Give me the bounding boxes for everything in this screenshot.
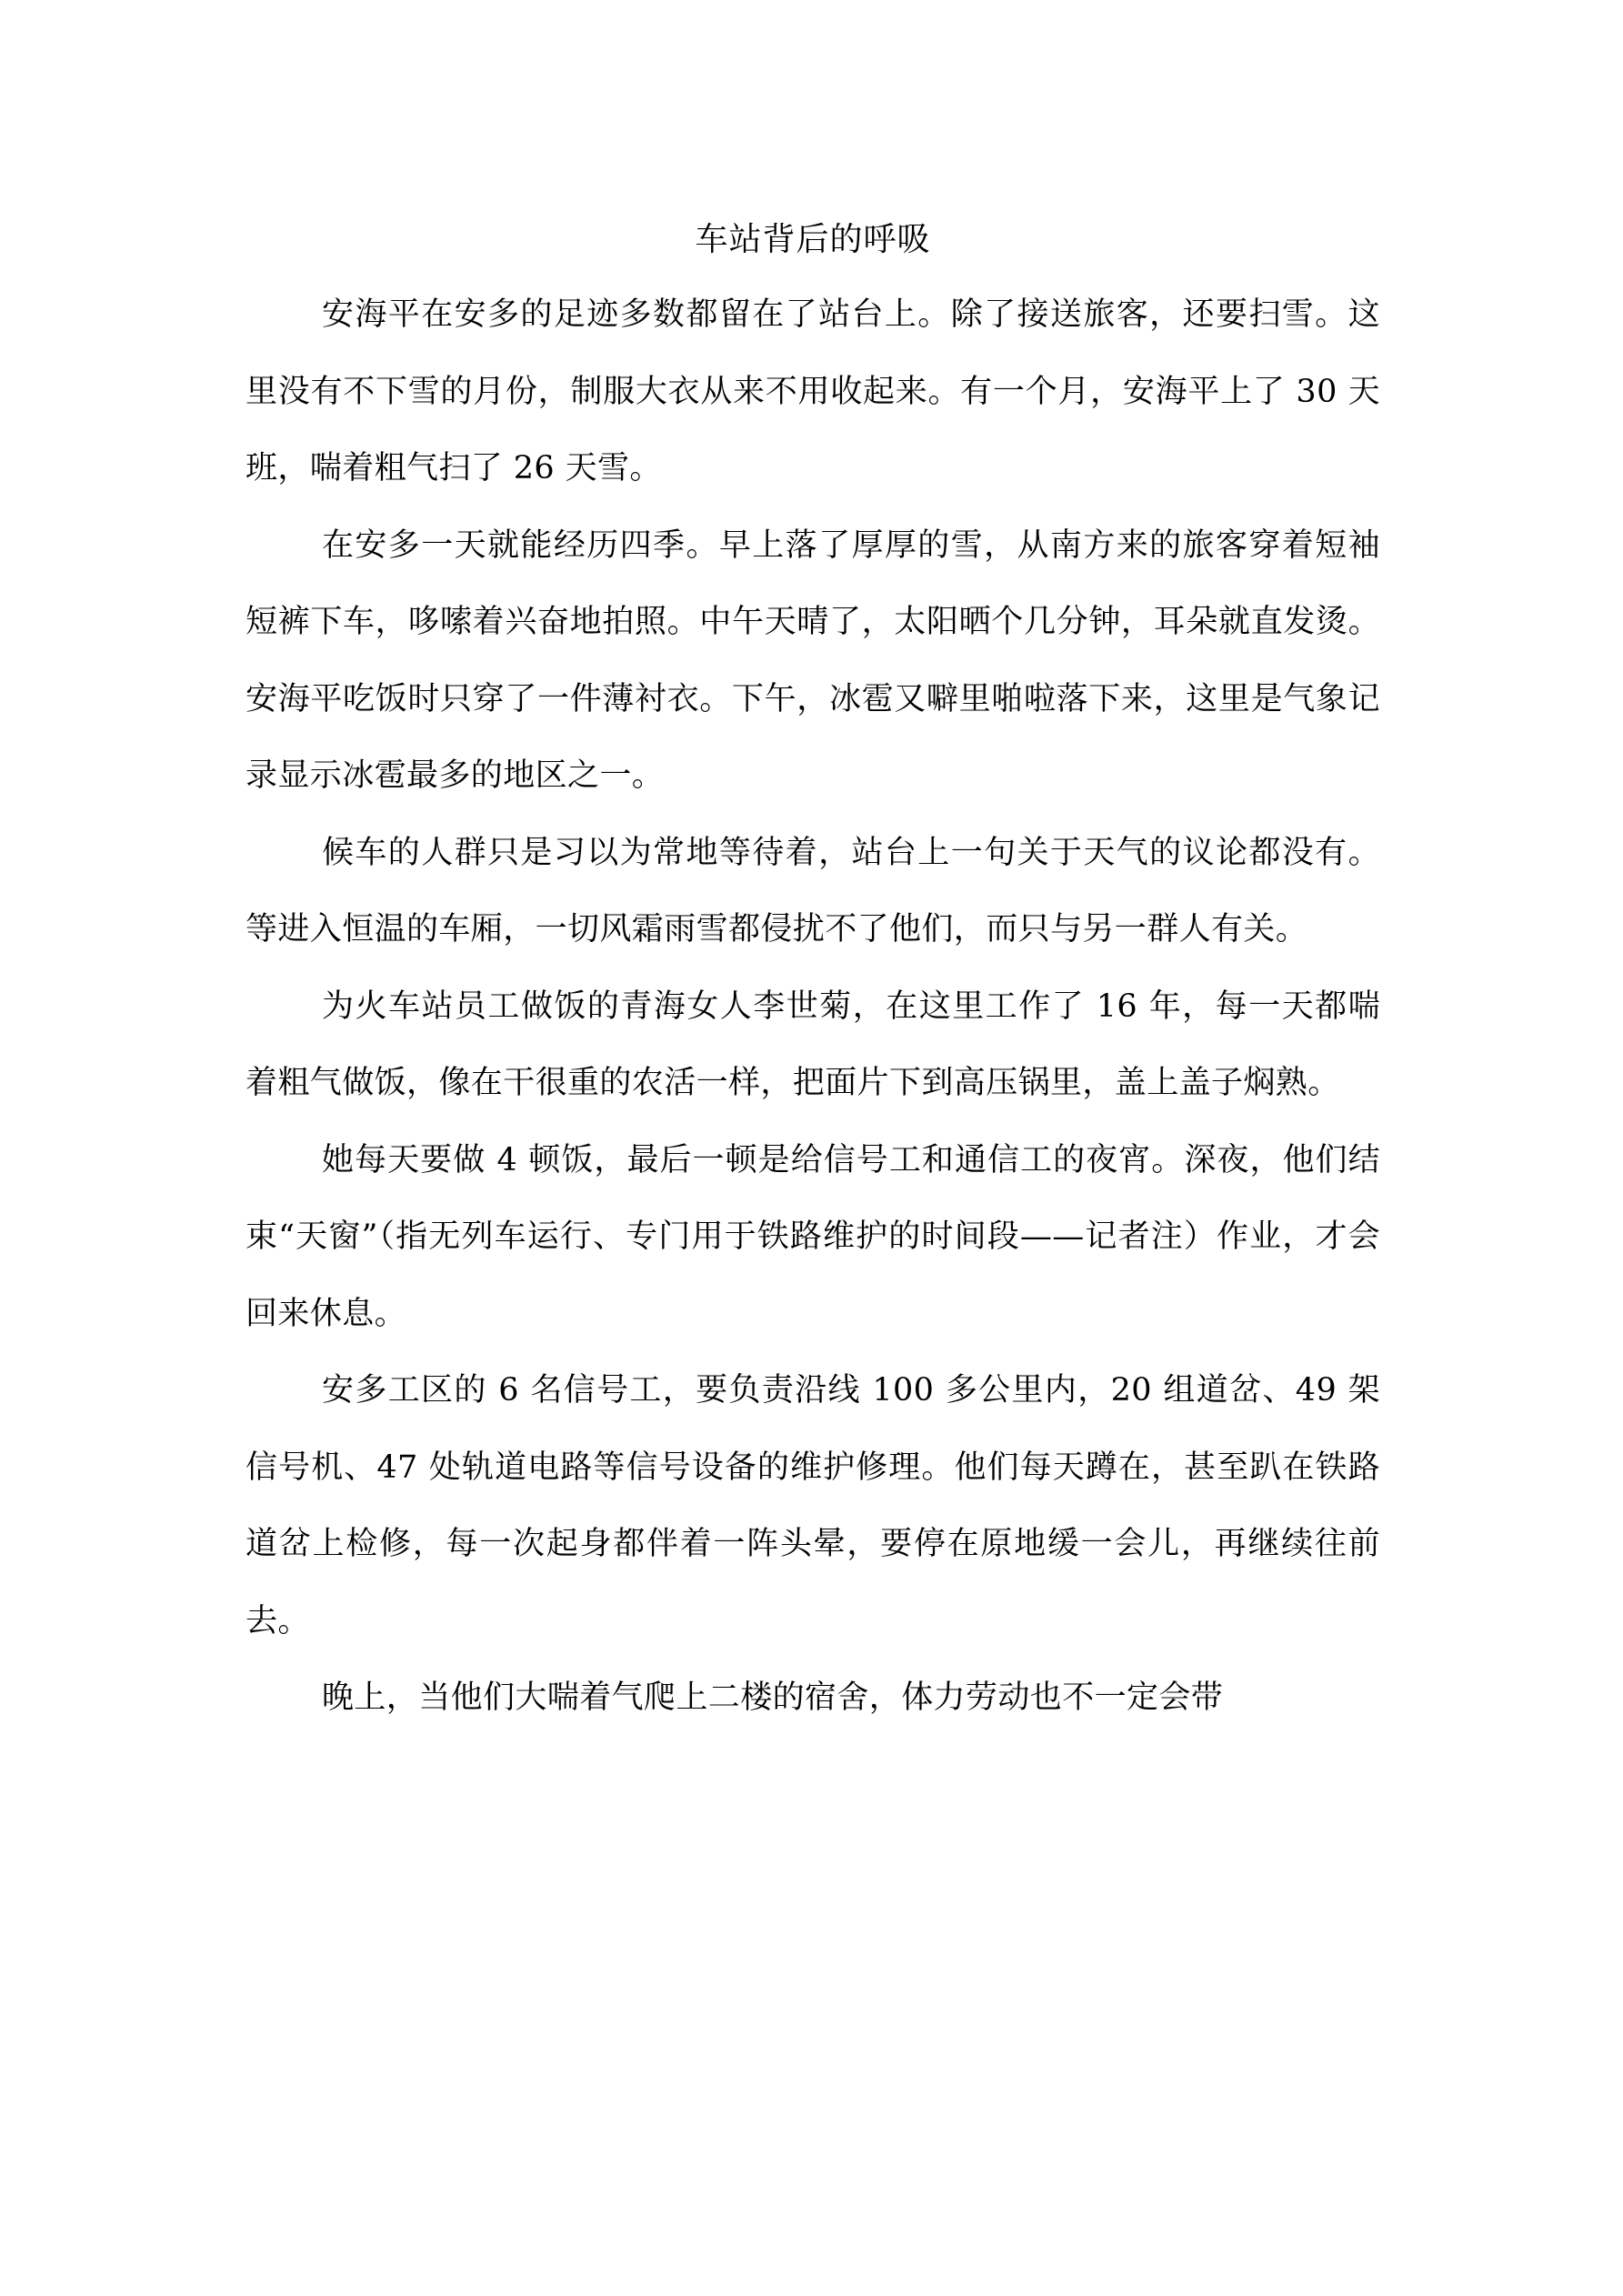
paragraph: 她每天要做 4 顿饭，最后一顿是给信号工和通信工的夜宵。深夜，他们结束“天窗”（… bbox=[245, 1122, 1380, 1353]
paragraph: 为火车站员工做饭的青海女人李世菊，在这里工作了 16 年，每一天都喘着粗气做饭，… bbox=[245, 968, 1380, 1122]
paragraph: 安多工区的 6 名信号工，要负责沿线 100 多公里内，20 组道岔、49 架信… bbox=[245, 1352, 1380, 1659]
paragraph: 安海平在安多的足迹多数都留在了站台上。除了接送旅客，还要扫雪。这里没有不下雪的月… bbox=[245, 276, 1380, 507]
document-title: 车站背后的呼吸 bbox=[245, 211, 1380, 269]
paragraph: 在安多一天就能经历四季。早上落了厚厚的雪，从南方来的旅客穿着短袖短裤下车，哆嗦着… bbox=[245, 507, 1380, 815]
document-page: 车站背后的呼吸 安海平在安多的足迹多数都留在了站台上。除了接送旅客，还要扫雪。这… bbox=[245, 211, 1380, 1737]
paragraph: 候车的人群只是习以为常地等待着，站台上一句关于天气的议论都没有。等进入恒温的车厢… bbox=[245, 815, 1380, 968]
paragraph: 晚上，当他们大喘着气爬上二楼的宿舍，体力劳动也不一定会带 bbox=[245, 1659, 1380, 1737]
